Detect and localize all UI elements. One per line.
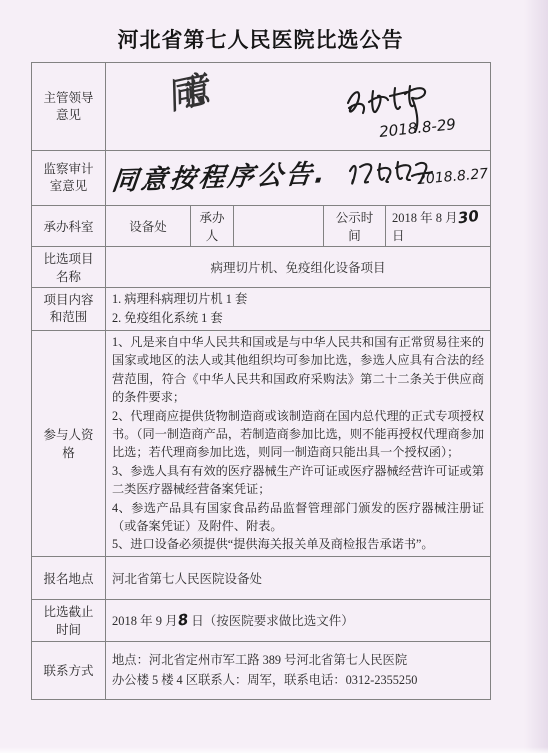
audit-opinion-row: 监察审计室意见 同意按程序公告. 2018.8.27 <box>32 151 491 206</box>
deadline-row: 比选截止时间 2018 年 9 月8 日（按医院要求做比选文件） <box>32 599 491 641</box>
scope-label-cell: 项目内容和范围 <box>32 288 106 331</box>
scope-label: 项目内容和范围 <box>43 292 95 326</box>
publicity-date-cell: 2018 年 8 月30日 <box>386 206 491 247</box>
contact-address-line: 地点：河北省定州市军工路 389 号河北省第七人民医院 <box>112 650 484 670</box>
audit-approval-handwriting: 同意按程序公告. <box>110 153 330 198</box>
department-value: 设备处 <box>106 206 191 247</box>
qualification-label: 参与人资格 <box>32 331 106 557</box>
supervisor-opinion-row: 主管领导意见 同意. 2018.8-29 <box>32 63 491 151</box>
notice-table: 主管领导意见 同意. 2018.8-29 监察审计室意见 同意按程序公告. <box>31 62 491 700</box>
audit-opinion-label-cell: 监察审计室意见 <box>32 151 106 206</box>
project-name-row: 比选项目名称 病理切片机、免疫组化设备项目 <box>32 247 491 288</box>
registration-row: 报名地点 河北省第七人民医院设备处 <box>32 556 491 599</box>
qualification-item-4: 4、参选产品具有国家食品药品监督管理部门颁发的医疗器械注册证（或备案凭证）及附件… <box>112 499 484 536</box>
supervisor-opinion-label: 主管领导意见 <box>43 90 95 124</box>
supervisor-approval-handwriting: 同意. <box>163 64 199 120</box>
registration-label: 报名地点 <box>32 556 106 599</box>
contact-person-line: 办公楼 5 楼 4 区联系人：周军，联系电话：0312-2355250 <box>112 670 484 690</box>
deadline-handwritten-day: 8 <box>177 613 189 629</box>
audit-opinion-cell: 同意按程序公告. 2018.8.27 <box>106 151 491 206</box>
scope-cell: 1. 病理科病理切片机 1 套 2. 免疫组化系统 1 套 <box>106 288 491 331</box>
publicity-date-handwritten-day: 30 <box>457 209 480 227</box>
audit-opinion-label: 监察审计室意见 <box>43 161 95 195</box>
department-row: 承办科室 设备处 承办人 公示时间 2018 年 8 月30日 <box>32 206 491 247</box>
qualification-cell: 1、凡是来自中华人民共和国或是与中华人民共和国有正常贸易往来的国家或地区的法人或… <box>106 331 491 557</box>
publicity-date-prefix: 2018 年 8 月 <box>392 211 458 225</box>
qualification-item-5: 5、进口设备必须提供“提供海关报关单及商检报告承诺书”。 <box>112 535 484 553</box>
qualification-row: 参与人资格 1、凡是来自中华人民共和国或是与中华人民共和国有正常贸易往来的国家或… <box>32 331 491 557</box>
page-title: 河北省第七人民医院比选公告 <box>31 24 490 54</box>
department-label: 承办科室 <box>32 206 106 247</box>
scope-row: 项目内容和范围 1. 病理科病理切片机 1 套 2. 免疫组化系统 1 套 <box>32 288 491 331</box>
supervisor-opinion-label-cell: 主管领导意见 <box>32 63 106 151</box>
project-name-label: 比选项目名称 <box>32 247 106 288</box>
registration-value: 河北省第七人民医院设备处 <box>106 556 491 599</box>
deadline-date-prefix: 2018 年 9 月 <box>112 614 178 628</box>
deadline-cell: 2018 年 9 月8 日（按医院要求做比选文件） <box>106 599 491 641</box>
deadline-date-suffix: 日（按医院要求做比选文件） <box>188 614 354 628</box>
qualification-item-1: 1、凡是来自中华人民共和国或是与中华人民共和国有正常贸易往来的国家或地区的法人或… <box>112 333 484 407</box>
handler-label: 承办人 <box>191 206 234 247</box>
deadline-label: 比选截止时间 <box>32 599 106 641</box>
qualification-item-3: 3、参选人具有有效的医疗器械生产许可证或医疗器械经营许可证或第二类医疗器械经营备… <box>112 462 484 499</box>
scan-edge-shadow <box>524 0 548 753</box>
scope-line-1: 1. 病理科病理切片机 1 套 <box>112 290 484 309</box>
scope-line-2: 2. 免疫组化系统 1 套 <box>112 309 484 328</box>
scanned-notice-page: { "page": { "title": "河北省第七人民医院比选公告" }, … <box>0 0 548 753</box>
contact-cell: 地点：河北省定州市军工路 389 号河北省第七人民医院 办公楼 5 楼 4 区联… <box>106 641 491 699</box>
publicity-time-label: 公示时间 <box>324 206 386 247</box>
publicity-date-suffix: 日 <box>392 229 405 243</box>
scan-bottom-edge <box>0 747 548 753</box>
contact-label: 联系方式 <box>32 641 106 699</box>
qualification-item-2: 2、代理商应提供货物制造商或该制造商在国内总代理的正式专项授权书。（同一制造商产… <box>112 407 484 462</box>
supervisor-opinion-cell: 同意. 2018.8-29 <box>106 63 491 151</box>
contact-row: 联系方式 地点：河北省定州市军工路 389 号河北省第七人民医院 办公楼 5 楼… <box>32 641 491 699</box>
project-name-value: 病理切片机、免疫组化设备项目 <box>106 247 491 288</box>
handler-value <box>234 206 324 247</box>
